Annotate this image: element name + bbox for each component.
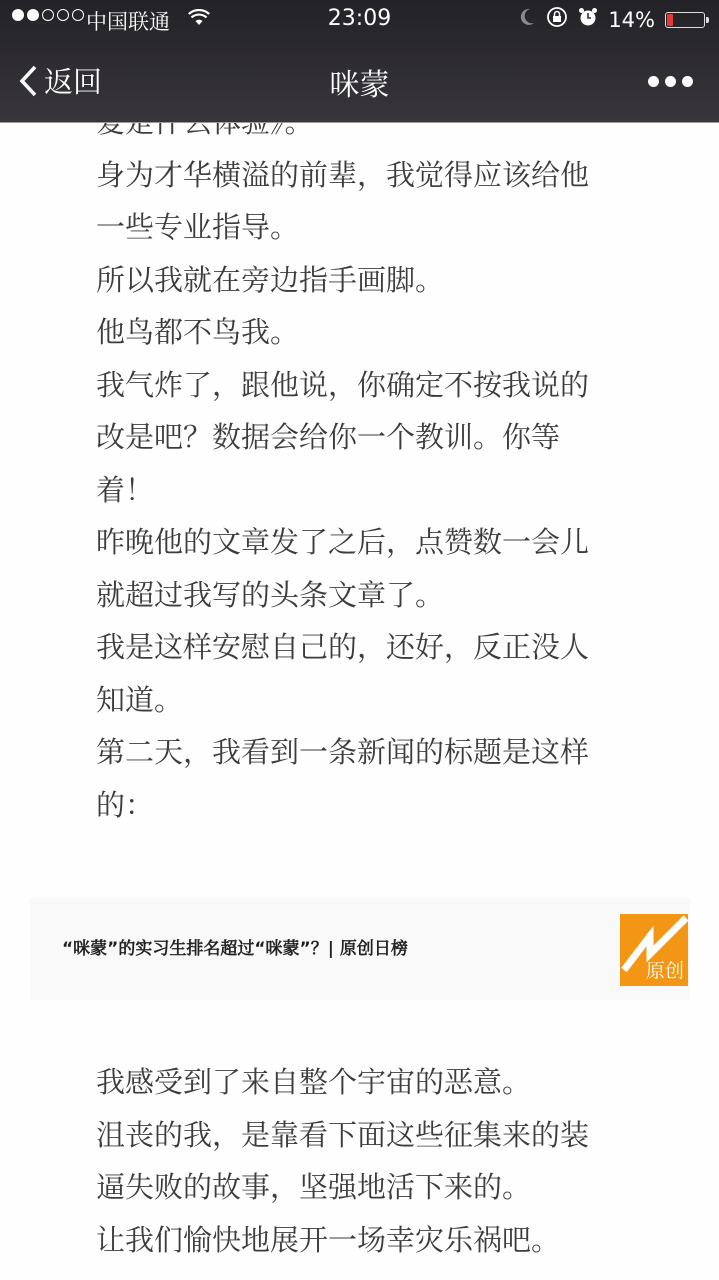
more-button[interactable] (648, 76, 693, 87)
news-headline: “咪蒙”的实习生排名超过“咪蒙”？| 原创日榜 (62, 934, 408, 959)
status-bar: 中国联通 23:09 14% (0, 0, 719, 40)
nav-bar: 返回 咪蒙 (0, 40, 719, 122)
paragraph-line: 让我们愉快地展开一场幸灾乐祸吧。 (96, 1214, 636, 1267)
paragraph-line: 第二天，我看到一条新闻的标题是这样 (96, 726, 636, 779)
paragraph-line: 我气炸了，跟他说，你确定不按我说的 (96, 359, 636, 412)
rotation-lock-icon (546, 6, 568, 33)
paragraph-line: 的： (96, 779, 636, 832)
back-button[interactable]: 返回 (18, 60, 102, 101)
paragraph-line: 我是这样安慰自己的，还好，反正没人 (96, 621, 636, 674)
paragraph-line: 知道。 (96, 674, 636, 727)
battery-icon (665, 12, 705, 28)
paragraph-line: 就超过我写的头条文章了。 (96, 569, 636, 622)
moon-icon (518, 7, 536, 32)
paragraph-line: 沮丧的我，是靠看下面这些征集来的装 (96, 1109, 636, 1162)
more-dots-icon (648, 76, 659, 87)
news-headline-image: “咪蒙”的实习生排名超过“咪蒙”？| 原创日榜 原创 (30, 898, 690, 1000)
article-body-continued: 我感受到了来自整个宇宙的恶意。 沮丧的我，是靠看下面这些征集来的装 逼失败的故事… (96, 1056, 636, 1266)
chevron-left-icon (18, 65, 38, 97)
paragraph-line: 我感受到了来自整个宇宙的恶意。 (96, 1056, 636, 1109)
alarm-icon (578, 7, 598, 32)
badge-label: 原创 (646, 956, 684, 983)
paragraph-line: 一些专业指导。 (96, 201, 636, 254)
article-body: 爱是什么体验》。 身为才华横溢的前辈，我觉得应该给他 一些专业指导。 所以我就在… (96, 96, 636, 831)
paragraph-line: 改是吧？数据会给你一个教训。你等 (96, 411, 636, 464)
paragraph-line: 着！ (96, 464, 636, 517)
paragraph-line: 昨晚他的文章发了之后，点赞数一会儿 (96, 516, 636, 569)
paragraph-line: 所以我就在旁边指手画脚。 (96, 254, 636, 307)
page-title: 咪蒙 (0, 60, 719, 104)
paragraph-line: 逼失败的故事，坚强地活下来的。 (96, 1161, 636, 1214)
header: 中国联通 23:09 14% 返回 咪蒙 (0, 0, 719, 123)
paragraph-line: 身为才华横溢的前辈，我觉得应该给他 (96, 149, 636, 202)
battery-percent: 14% (608, 8, 655, 32)
back-label: 返回 (44, 60, 102, 101)
original-badge: 原创 (620, 914, 688, 986)
paragraph-line: 他鸟都不鸟我。 (96, 306, 636, 359)
